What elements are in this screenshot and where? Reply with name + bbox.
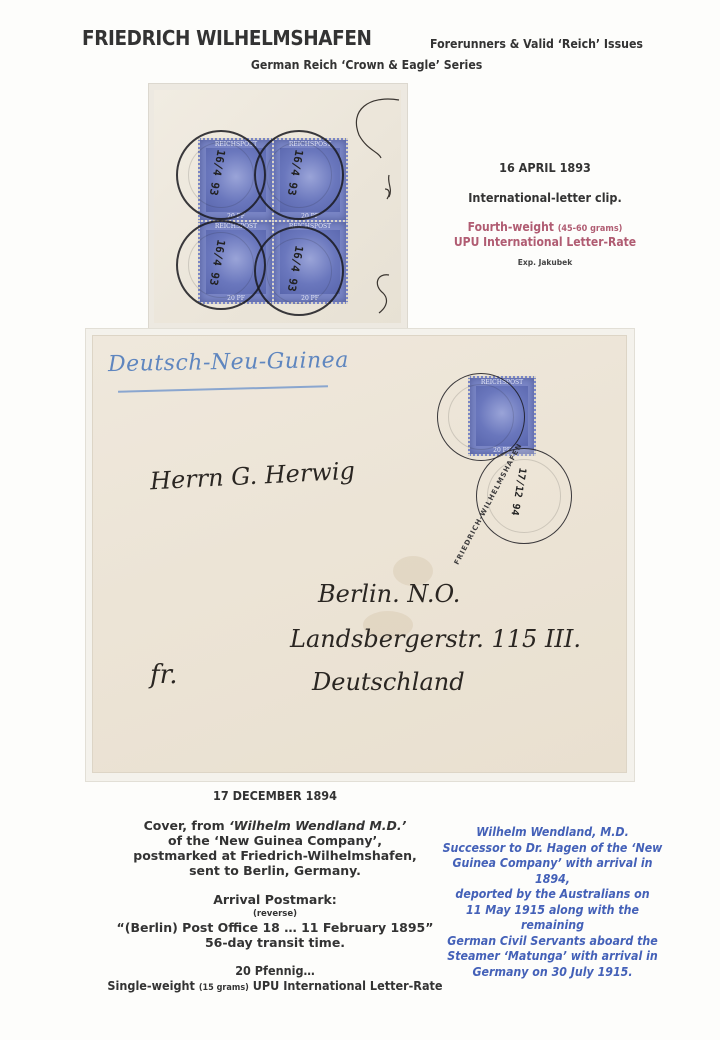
envelope-postmark — [437, 373, 525, 461]
item2-rate-line1: 20 Pfennig… — [104, 963, 446, 978]
stamp-block-clip: REICHSPOST20 PF REICHSPOST20 PF REICHSPO… — [154, 90, 401, 323]
arrival-label: Arrival Postmark: — [85, 892, 465, 907]
address-street: Landsbergerstr. 115 III. — [290, 625, 581, 653]
address-city: Berlin. N.O. — [318, 580, 460, 608]
expertiser-note: Exp. Jakubek — [430, 258, 660, 267]
manuscript-strokes — [349, 90, 404, 323]
arrival-text: “(Berlin) Post Office 18 … 11 February 1… — [85, 920, 465, 935]
item1-rate-line2: UPU International Letter-Rate — [442, 235, 649, 249]
item2-rate-line2: Single-weight (15 grams) UPU Internation… — [104, 978, 446, 996]
biography-note: Wilhelm Wendland, M.D. Successor to Dr. … — [435, 825, 670, 980]
item1-description: International-letter clip. — [442, 190, 649, 205]
transit-time: 56-day transit time. — [85, 935, 465, 950]
page-subtitle: Forerunners & Valid ‘Reich’ Issues — [430, 36, 643, 51]
item1-date: 16 APRIL 1893 — [442, 160, 649, 175]
series-title: German Reich ‘Crown & Eagle’ Series — [43, 57, 677, 72]
item2-desc-line3: postmarked at Friedrich-Wilhelmshafen, — [85, 848, 465, 863]
franco-mark: fr. — [150, 660, 177, 690]
item2-desc-line2: of the ‘New Guinea Company’, — [85, 833, 465, 848]
address-country: Deutschland — [312, 668, 465, 696]
item2-date: 17 DECEMBER 1894 — [136, 788, 415, 803]
page-title: FRIEDRICH WILHELMSHAFEN — [82, 26, 372, 50]
manuscript-destination: Deutsch-Neu-Guinea — [108, 348, 349, 377]
item1-rate-line1: Fourth-weight (45-60 grams) — [442, 220, 649, 234]
item2-desc-line4: sent to Berlin, Germany. — [85, 863, 465, 878]
item2-desc-line1: Cover, from ‘Wilhelm Wendland M.D.’ — [85, 818, 465, 833]
envelope-cover — [93, 336, 626, 772]
